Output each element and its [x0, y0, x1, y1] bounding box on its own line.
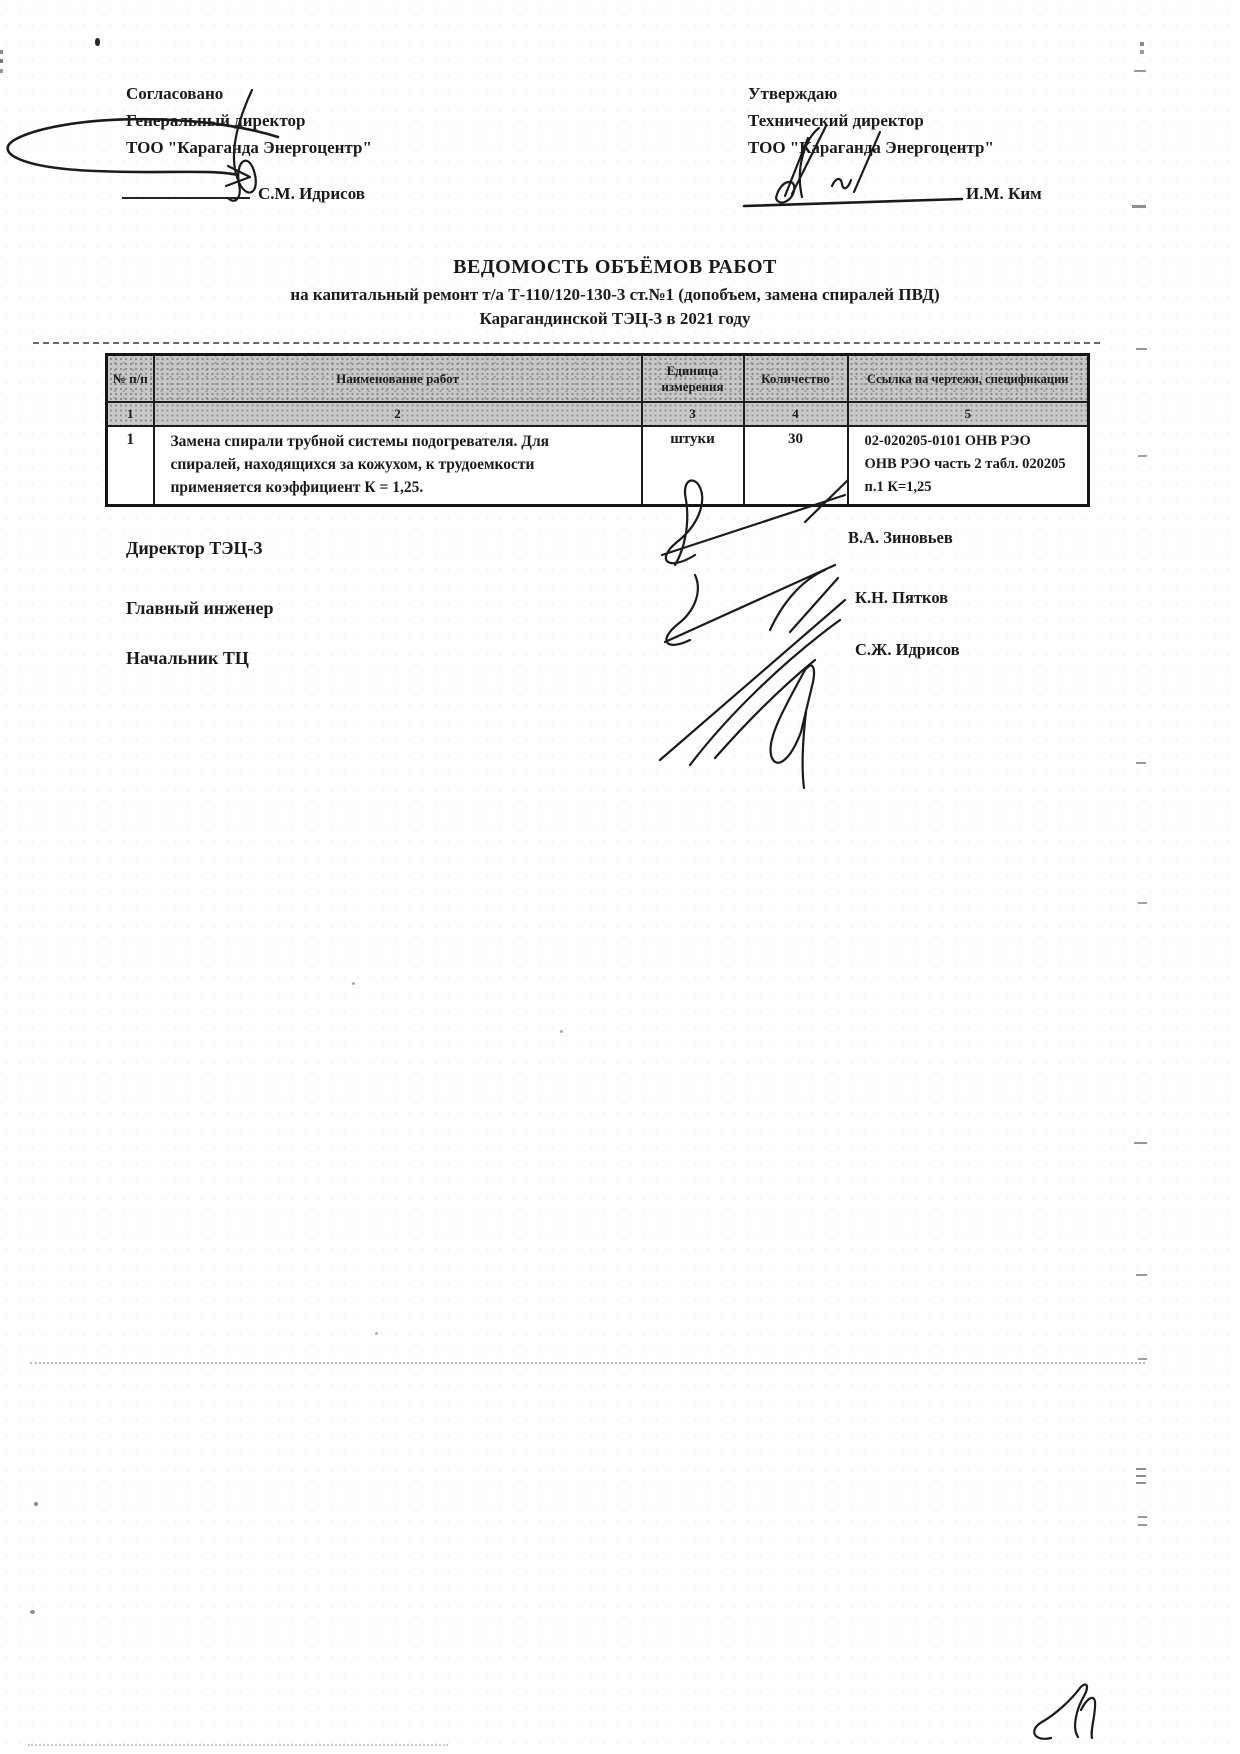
col-header-work: Наименование работ: [154, 355, 642, 403]
column-number-row: 1 2 3 4 5: [107, 402, 1089, 426]
col-header-num: № п/п: [107, 355, 154, 403]
scan-artifact: [34, 1502, 38, 1506]
scan-artifact: [1136, 1274, 1147, 1276]
work-description-cell: Замена спирали трубной системы подогрева…: [154, 426, 642, 506]
col-number: 5: [848, 402, 1089, 426]
scan-artifact: [1140, 42, 1144, 46]
scan-artifact: [1134, 1142, 1147, 1144]
row-number-cell: 1: [107, 426, 154, 506]
scan-artifact: [1138, 1358, 1147, 1360]
col-header-unit: Единица измерения: [642, 355, 744, 403]
scan-artifact: [1138, 902, 1147, 904]
scan-artifact: [560, 1030, 563, 1033]
scan-dashed-line: [33, 342, 1100, 344]
document-subtitle-2: Карагандинской ТЭЦ-3 в 2021 году: [100, 309, 1130, 329]
approval-right-name-row: И.М. Ким: [966, 184, 1042, 204]
work-volumes-table: № п/п Наименование работ Единица измерен…: [105, 353, 1090, 507]
signatory-role-shop-head: Начальник ТЦ: [126, 648, 249, 669]
document-subtitle: на капитальный ремонт т/а Т-110/120-130-…: [100, 285, 1130, 305]
col-number: 2: [154, 402, 642, 426]
scanned-document-page: Согласовано Генеральный директор ТОО "Ка…: [0, 0, 1240, 1754]
table-row: 1 Замена спирали трубной системы подогре…: [107, 426, 1089, 506]
signature-ink-left: [0, 85, 290, 210]
signature-ink-right: [740, 120, 970, 210]
signature-paraph-bottom: [1025, 1680, 1100, 1745]
col-number: 4: [744, 402, 848, 426]
signature-ink-signatories: [620, 480, 880, 790]
col-header-ref: Ссылка на чертежи, спецификации: [848, 355, 1089, 403]
signatory-role-chief-engineer: Главный инженер: [126, 598, 273, 619]
reference-cell: 02-020205-0101 ОНВ РЭО ОНВ РЭО часть 2 т…: [848, 426, 1089, 506]
scan-artifact: [1136, 1468, 1146, 1470]
table-header-row: № п/п Наименование работ Единица измерен…: [107, 355, 1089, 403]
scan-dotted-line: [30, 1362, 1145, 1364]
scan-artifact: [375, 1332, 378, 1335]
scan-artifact: [30, 1610, 35, 1614]
signatory-role-director: Директор ТЭЦ-3: [126, 538, 262, 559]
scan-dotted-line: [28, 1744, 448, 1746]
scan-artifact: [1138, 455, 1147, 457]
reference-line: 02-020205-0101 ОНВ РЭО: [865, 430, 1084, 453]
document-title: ВЕДОМОСТЬ ОБЪЁМОВ РАБОТ: [100, 256, 1130, 279]
col-number: 1: [107, 402, 154, 426]
scan-artifact: [0, 50, 3, 54]
title-block: ВЕДОМОСТЬ ОБЪЁМОВ РАБОТ на капитальный р…: [100, 256, 1130, 329]
col-number: 3: [642, 402, 744, 426]
scan-artifact: [1132, 205, 1146, 208]
scan-artifact: [1136, 348, 1147, 350]
approval-right-name: И.М. Ким: [966, 184, 1042, 203]
reference-line: ОНВ РЭО часть 2 табл. 020205: [865, 453, 1084, 476]
scan-artifact: [1134, 70, 1146, 72]
scan-artifact: [1136, 762, 1146, 764]
reference-line: п.1 К=1,25: [865, 476, 1084, 499]
scan-artifact: [352, 982, 355, 985]
col-header-qty: Количество: [744, 355, 848, 403]
scan-artifact: [95, 38, 100, 46]
approval-right-status: Утверждаю: [748, 84, 994, 104]
scan-artifact: [1138, 1516, 1147, 1518]
